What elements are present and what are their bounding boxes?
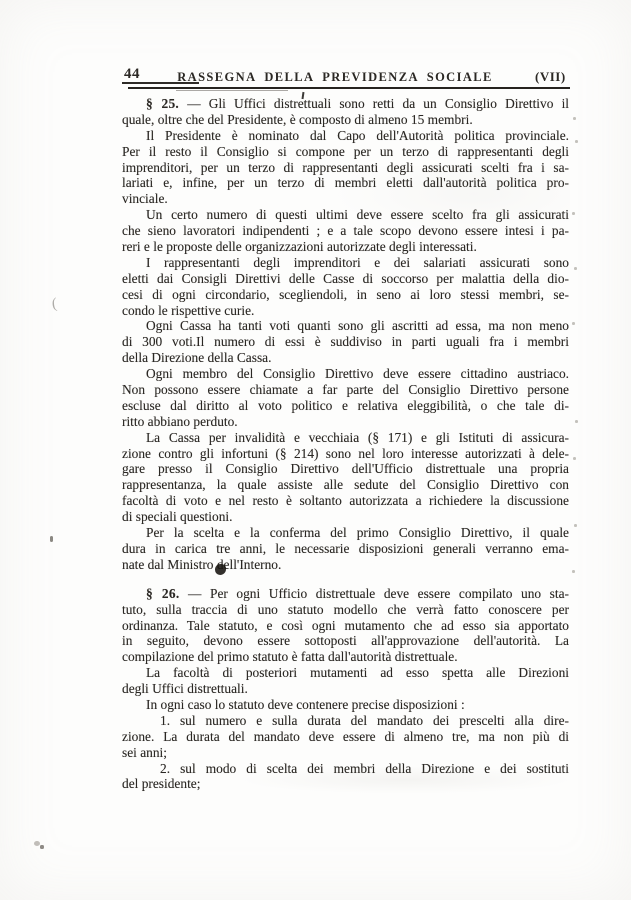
text-line: Ogni Cassa ha tanti voti quanti sono gli… xyxy=(122,318,569,334)
scanned-journal-page: 44 RASSEGNA DELLA PREVIDENZA SOCIALE (VI… xyxy=(0,0,631,900)
paragraph: Per la scelta e la conferma del primo Co… xyxy=(122,525,569,573)
text-line: La Cassa per invalidità e vecchiaia (§ 1… xyxy=(122,430,569,446)
header-rule xyxy=(128,87,570,89)
text-line: rappresentanza, la quale assiste alle se… xyxy=(122,477,569,493)
text-line: compilazione del primo statuto è fatta d… xyxy=(122,649,569,665)
margin-speck xyxy=(50,536,53,542)
scan-dot xyxy=(575,420,578,423)
text-line: tuto, sulla traccia di uno statuto model… xyxy=(122,602,569,618)
text-line: gare presso il Consiglio Direttivo dell'… xyxy=(122,461,569,477)
paragraph: La Cassa per invalidità e vecchiaia (§ 1… xyxy=(122,430,569,525)
text-line: escluse dal diritto al voto politico e r… xyxy=(122,398,569,414)
paragraph: § 25. — Gli Uffici distrettuali sono ret… xyxy=(122,96,569,128)
text-line: di 300 voti.Il numero di essi è suddivis… xyxy=(122,334,569,350)
text-line: della Direzione della Cassa. xyxy=(122,350,569,366)
scan-dot xyxy=(574,524,577,527)
journal-title: RASSEGNA DELLA PREVIDENZA SOCIALE xyxy=(150,70,520,85)
scan-noise-band xyxy=(238,766,574,794)
text-line: reri e le proposte delle organizzazioni … xyxy=(122,239,569,255)
scan-dot xyxy=(572,322,575,325)
paragraph: Ogni membro del Consiglio Direttivo deve… xyxy=(122,366,569,430)
text-line: In ogni caso lo statuto deve contenere p… xyxy=(122,697,569,713)
text-line: ritto abbiano perduto. xyxy=(122,414,569,430)
text-line: degli Uffici distrettuali. xyxy=(122,681,569,697)
section-number: § 25. xyxy=(146,96,179,111)
section-number: § 26. xyxy=(146,586,180,601)
text-line: sei anni; xyxy=(122,745,569,761)
paragraph: 1. sul numero e sulla durata del mandato… xyxy=(122,713,569,761)
text-line: zione contro gli infortuni (§ 214) sono … xyxy=(122,446,569,462)
paragraph: Ogni Cassa ha tanti voti quanti sono gli… xyxy=(122,318,569,366)
text-line: § 26. — Per ogni Ufficio distrettuale de… xyxy=(122,586,569,602)
header-rule-echo xyxy=(176,90,288,91)
text-line: di speciali questioni. xyxy=(122,509,569,525)
text-line: facoltà di voto e nel resto è soltanto a… xyxy=(122,493,569,509)
text-line: Ogni membro del Consiglio Direttivo deve… xyxy=(122,366,569,382)
text-line: I rappresentanti degli imprenditori e de… xyxy=(122,255,569,271)
text-line: Per la scelta e la conferma del primo Co… xyxy=(122,525,569,541)
paragraph: La facoltà di posteriori mutamenti ad es… xyxy=(122,665,569,697)
text-line: cesi di ogni circondario, scegliendoli, … xyxy=(122,287,569,303)
text-line: condo le rispettive curie. xyxy=(122,303,569,319)
text-line: § 25. — Gli Uffici distrettuali sono ret… xyxy=(122,96,569,112)
text-line: Per il resto il Consiglio si compone per… xyxy=(122,144,569,160)
text-line: La facoltà di posteriori mutamenti ad es… xyxy=(122,665,569,681)
scan-dot xyxy=(573,117,576,120)
text-line: eletti dai Consigli Direttivi delle Cass… xyxy=(122,271,569,287)
text-line: 1. sul numero e sulla durata del mandato… xyxy=(122,713,569,729)
text-line: zione. La durata del mandato deve essere… xyxy=(122,729,569,745)
text-line: nate dal Ministro dell'Interno. xyxy=(122,557,569,573)
text-line: ordinanza. Tale statuto, e così ogni mut… xyxy=(122,618,569,634)
bottom-smudge xyxy=(40,845,44,849)
scan-dot xyxy=(574,267,577,270)
paragraph: I rappresentanti degli imprenditori e de… xyxy=(122,255,569,319)
scan-dot xyxy=(572,570,575,573)
scan-noise-band xyxy=(330,166,570,236)
text-line: dura in carica tre anni, le necessarie d… xyxy=(122,541,569,557)
paragraph: In ogni caso lo statuto deve contenere p… xyxy=(122,697,569,713)
scan-dot xyxy=(575,140,578,143)
paragraph: § 26. — Per ogni Ufficio distrettuale de… xyxy=(122,586,569,665)
text-line: Non possono essere chiamate a far parte … xyxy=(122,382,569,398)
text-line: in seguito, devono essere sottoposti all… xyxy=(122,633,569,649)
scan-dot xyxy=(572,212,575,215)
scan-dot xyxy=(573,457,576,460)
margin-pencil-mark: ( xyxy=(51,296,58,313)
text-line: Il Presidente è nominato dal Capo dell'A… xyxy=(122,128,569,144)
text-line: quale, oltre che del Presidente, è compo… xyxy=(122,112,569,128)
page-number: 44 xyxy=(124,66,140,83)
issue-label: (VII) xyxy=(535,69,566,85)
